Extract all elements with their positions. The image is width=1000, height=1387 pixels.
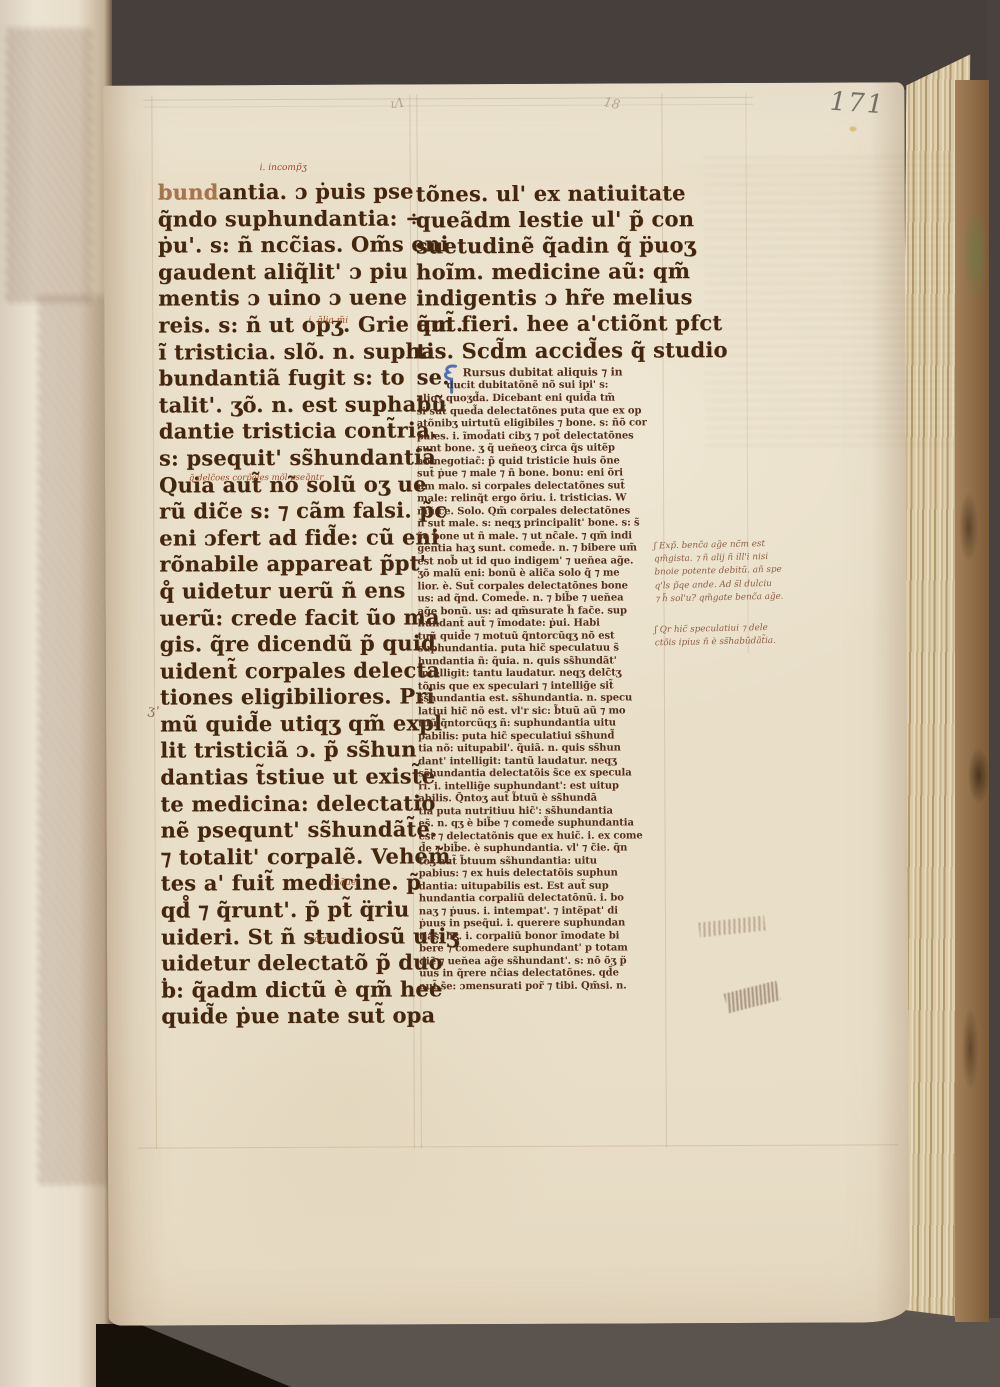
facing-page-blurred-text-lower (38, 295, 112, 1185)
opening-word-rest: antia. ɔ ṗuis pse (218, 178, 413, 204)
quire-mark-right: 18 (602, 95, 621, 113)
ruling-line (151, 96, 157, 1150)
manuscript-photo: 171 ıΛ 18 i. incomp̃ʒ bundantia. ɔ ṗuis … (0, 0, 1000, 1387)
opening-word-initial: bund (158, 179, 219, 204)
facing-page-edge (0, 0, 112, 1387)
wax-dot-stain (849, 126, 856, 131)
right-column-small-text: alioʒ quoʒd̃a. Dicebant eni quid̃a tm̃ s… (417, 392, 650, 993)
small-text-line-2: ducit dubitatõnẽ nõ sui ipi' s: (447, 380, 609, 393)
folio-number: 171 (826, 87, 888, 120)
ruling-line (138, 1144, 898, 1148)
book-cover-edge (955, 80, 989, 1322)
facing-page-blurred-text-upper (6, 28, 92, 303)
interlinear-gloss-delectationes: q̃ delc̃oes corp̃ales mõl pseq̃ntr (189, 474, 323, 484)
verso-bleed-through (704, 152, 955, 453)
interlinear-gloss-corp: corp̃t (309, 936, 333, 945)
right-column-large-text: tõnes. ul' ex natiuitate queãdm lestie u… (416, 180, 728, 364)
margin-squiggle: ʒ' (147, 703, 161, 720)
left-column-first-line: bundantia. ɔ ṗuis pse (158, 178, 414, 206)
ink-stain-1 (698, 915, 765, 937)
margin-note-1: ʃ Exp̃. benc̃a ag̃e nc̃m est qm̃gista. ⁊… (654, 538, 784, 607)
backdrop-top (96, 0, 1000, 90)
quire-mark-left: ıΛ (390, 96, 405, 112)
interlinear-gloss-incomprehensibile: i. incomp̃ʒ (260, 164, 307, 173)
ink-stain-2 (724, 981, 781, 1014)
interlinear-gloss-que: i. q̃ue (331, 879, 357, 888)
interlinear-gloss-glia: i. g̃lia m̃i (308, 317, 348, 326)
small-text-line-1: Rursus dubitat aliquis ⁊ in (463, 366, 623, 379)
manuscript-page: 171 ıΛ 18 i. incomp̃ʒ bundantia. ɔ ṗuis … (103, 82, 909, 1325)
margin-note-2: ʃ Qr hic̃ speculatiui ⁊ dele ctõis ipius… (654, 622, 776, 651)
